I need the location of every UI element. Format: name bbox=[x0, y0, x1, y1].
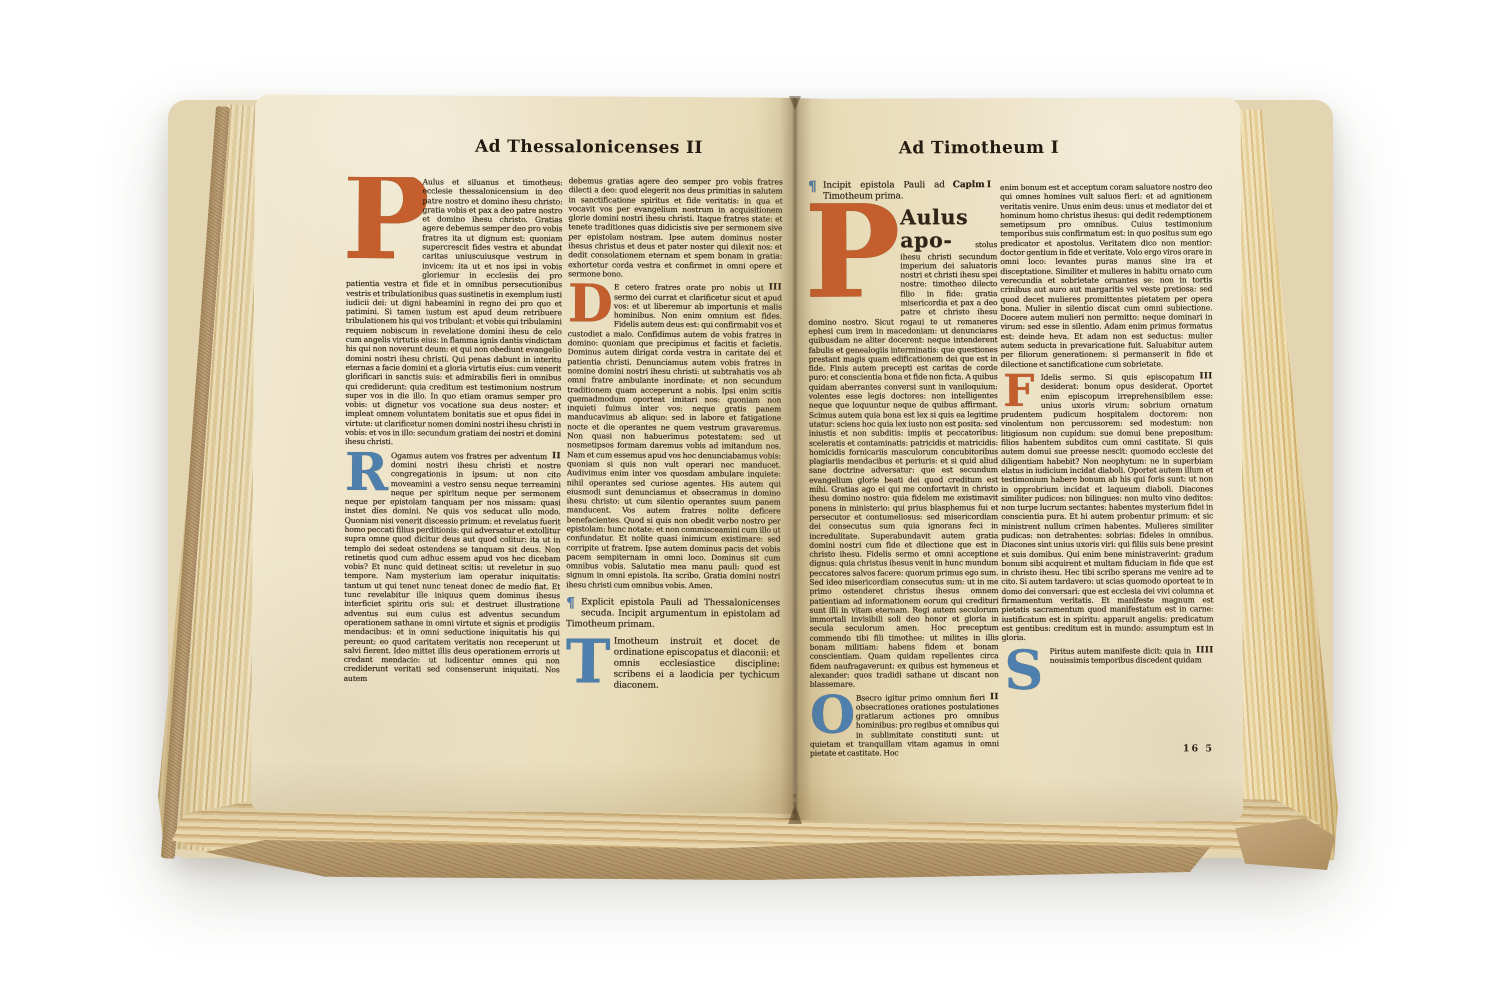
illuminated-initial-D: D bbox=[568, 283, 610, 323]
timothy-ch4-paragraph: IIIISPiritus autem manifeste dicit: quia… bbox=[1002, 646, 1214, 665]
illuminated-initial-T: T bbox=[566, 637, 610, 687]
illuminated-initial-F: F bbox=[1001, 373, 1037, 407]
explicit-text: Explicit epistola Pauli ad Thessalonicen… bbox=[566, 597, 780, 629]
thessalonians-ch2-continuation: debemus gratias agere deo semper pro vob… bbox=[568, 176, 783, 280]
chapter-numeral-iiii: IIII bbox=[1196, 646, 1214, 655]
illuminated-initial-S: S bbox=[1002, 646, 1046, 688]
right-running-head: Ad Timotheum I bbox=[849, 138, 1109, 159]
chapter-numeral-ii: II bbox=[552, 452, 561, 461]
quire-signature: 16 5 bbox=[1162, 743, 1214, 754]
right-page: Ad Timotheum I ¶Caplm IIncipit epistola … bbox=[794, 97, 1244, 823]
body-text: debemus gratias agere deo semper pro vob… bbox=[568, 176, 783, 278]
timothy-ch3-paragraph: IIIFIdelis sermo. Si quis episcopatum de… bbox=[1001, 372, 1214, 642]
explicit-rubric: ¶Explicit epistola Pauli ad Thessalonice… bbox=[566, 597, 780, 631]
book-photo: Ad Thessalonicenses II PAulus et siluanu… bbox=[0, 0, 1500, 1000]
illuminated-initial-P: P bbox=[808, 207, 894, 311]
incipit-rubric: ¶Caplm IIncipit epistola Pauli ad Timoth… bbox=[808, 180, 997, 202]
thessalonians-ch1-paragraph: PAulus et siluanus et timotheus: ecclesi… bbox=[345, 177, 563, 448]
right-column-2: enim bonum est et acceptum coram saluato… bbox=[1000, 182, 1214, 767]
chapter-numeral-ii: II bbox=[990, 693, 999, 702]
thessalonians-ch3-paragraph: IIIDE cetero fratres orate pro nobis ut … bbox=[566, 283, 782, 591]
right-column-1: ¶Caplm IIncipit epistola Pauli ad Timoth… bbox=[808, 180, 999, 765]
body-text: enim bonum est et acceptum coram saluato… bbox=[1000, 182, 1213, 368]
body-text: Idelis sermo. Si quis episcopatum deside… bbox=[1001, 372, 1214, 642]
illuminated-initial-P: P bbox=[346, 178, 417, 270]
left-column-1: PAulus et siluanus et timotheus: ecclesi… bbox=[343, 177, 563, 752]
opening-display-text: Aulus apo- bbox=[900, 205, 968, 252]
chapter-numeral-iii: III bbox=[1199, 372, 1212, 381]
body-text: Piritus autem manifeste dicit: quia in n… bbox=[1050, 646, 1202, 665]
left-running-head: Ad Thessalonicenses II bbox=[424, 136, 754, 158]
timothy-ch2-paragraph: IIOBsecro igitur primo omnium fieri obse… bbox=[810, 693, 999, 759]
timothy-ch1-paragraph: PAulus apo- stolus ihesu christi secundu… bbox=[808, 206, 999, 690]
chapter-numeral-iii: III bbox=[769, 284, 782, 293]
argumentum-paragraph: TImotheum instruit et docet de ordinatio… bbox=[566, 637, 780, 692]
left-column-2: debemus gratias agere deo semper pro vob… bbox=[565, 176, 783, 755]
illuminated-initial-R: R bbox=[345, 451, 387, 491]
paragraph-mark-icon: ¶ bbox=[566, 597, 579, 609]
timothy-ch2-continuation: enim bonum est et acceptum coram saluato… bbox=[1000, 182, 1213, 369]
illuminated-initial-O: O bbox=[810, 693, 852, 733]
left-page: Ad Thessalonicenses II PAulus et siluanu… bbox=[251, 94, 797, 813]
argumentum-text: Imotheum instruit et docet de ordination… bbox=[614, 637, 780, 690]
thessalonians-ch2-paragraph: IIROgamus autem vos fratres per adventum… bbox=[344, 451, 561, 685]
chapter-label: Caplm I bbox=[953, 180, 991, 191]
incipit-text: Incipit epistola Pauli ad Timotheum prim… bbox=[823, 180, 945, 201]
body-text: E cetero fratres orate pro nobis ut serm… bbox=[566, 283, 782, 590]
